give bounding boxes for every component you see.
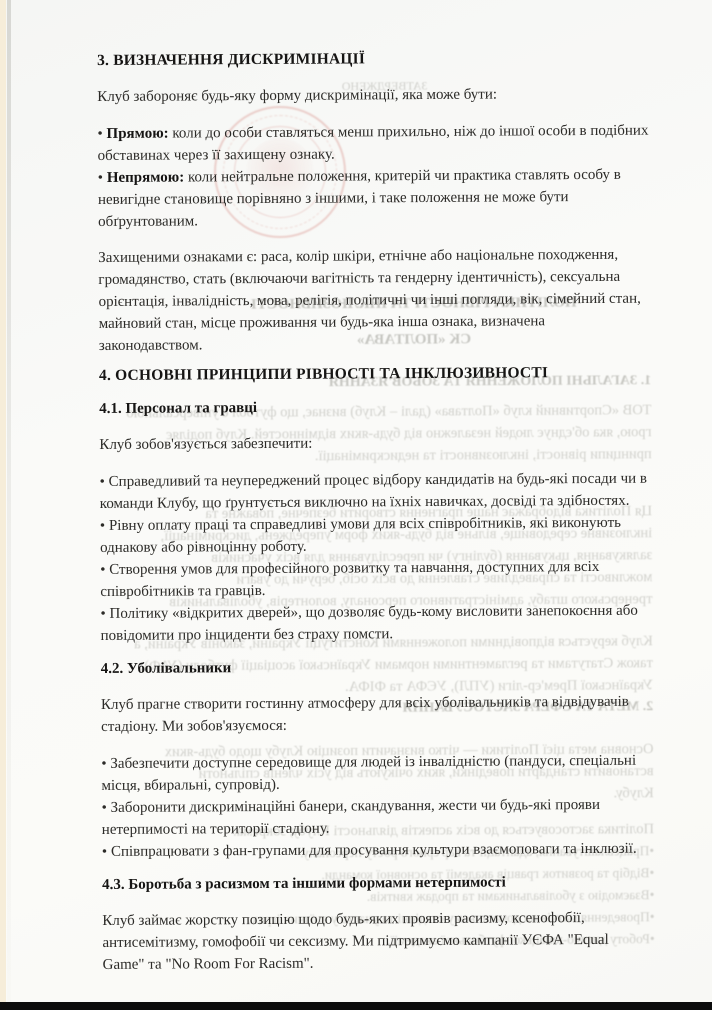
bullet-item: • Створення умов для професійного розвит… xyxy=(100,556,651,603)
paragraph: Клуб забороняє будь-яку форму дискриміна… xyxy=(97,83,648,108)
bullet-item: • Заборонити дискримінаційні банери, ска… xyxy=(102,794,653,841)
document-text-block: 3. ВИЗНАЧЕННЯ ДИСКРИМІНАЦІЇКлуб забороня… xyxy=(97,47,654,976)
bullet-item: • Справедливий та неупереджений процес в… xyxy=(100,468,651,515)
scan-bottom-edge xyxy=(0,1002,712,1010)
bullet-list: • Прямою: коли до особи ставляться менш … xyxy=(97,120,649,233)
bullet-marker-icon: • xyxy=(100,518,105,534)
bullet-lead: Непрямою: xyxy=(107,169,185,185)
paragraph: Захищеними ознаками є: раса, колір шкіри… xyxy=(98,244,650,357)
bullet-marker-icon: • xyxy=(101,756,106,772)
paragraph: Клуб займає жорстку позицію щодо будь-як… xyxy=(102,907,653,976)
bullet-text: Рівну оплату праці та справедливі умови … xyxy=(100,515,621,556)
bullet-marker-icon: • xyxy=(100,562,105,578)
bullet-item: • Рівну оплату праці та справедливі умов… xyxy=(100,512,651,559)
bullet-text: Створення умов для професійного розвитку… xyxy=(100,559,599,600)
bullet-list: • Справедливий та неупереджений процес в… xyxy=(100,468,652,647)
bullet-item: • Співпрацювати з фан-групами для просув… xyxy=(102,838,653,863)
bullet-marker-icon: • xyxy=(102,800,107,816)
paragraph: Клуб прагне створити гостинну атмосферу … xyxy=(101,691,652,738)
bullet-marker-icon: • xyxy=(100,606,105,622)
bullet-text: Політику «відкритих дверей», що дозволяє… xyxy=(101,603,638,644)
bullet-marker-icon: • xyxy=(100,474,105,490)
bullet-item: • Політику «відкритих дверей», що дозвол… xyxy=(100,600,651,647)
bullet-text: Забезпечити доступне середовище для люде… xyxy=(101,753,636,794)
bullet-item: • Забезпечити доступне середовище для лю… xyxy=(101,750,652,797)
bullet-text: Справедливий та неупереджений процес від… xyxy=(100,471,647,512)
section-heading: 4. ОСНОВНІ ПРИНЦИПИ РІВНОСТІ ТА ІНКЛЮЗИВ… xyxy=(99,362,650,387)
bullet-lead: Прямою: xyxy=(106,126,168,142)
bullet-marker-icon: • xyxy=(97,126,102,142)
section-heading: 4.2. Уболівальники xyxy=(101,655,652,680)
bullet-item: • Прямою: коли до особи ставляться менш … xyxy=(97,120,648,167)
bullet-item: • Непрямою: коли нейтральне положення, к… xyxy=(98,164,649,233)
bullet-text: Заборонити дискримінаційні банери, сканд… xyxy=(102,797,600,838)
paragraph: Клуб зобов'язується забезпечити: xyxy=(99,431,650,456)
bullet-list: • Забезпечити доступне середовище для лю… xyxy=(101,750,653,863)
bullet-marker-icon: • xyxy=(98,170,103,186)
bullet-text: коли до особи ставляться менш прихильно,… xyxy=(98,123,649,164)
scanned-document-page: ЗАТВЕРДЖЕНОПОЛІТИКА РІВНОСТІ ТА ІНКЛЮЗИВ… xyxy=(0,0,712,1010)
section-heading: 4.1. Персонал та гравці xyxy=(99,395,650,420)
bullet-text: Співпрацювати з фан-групами для просуван… xyxy=(111,841,637,860)
section-heading: 3. ВИЗНАЧЕННЯ ДИСКРИМІНАЦІЇ xyxy=(97,47,648,72)
bullet-marker-icon: • xyxy=(102,844,107,860)
section-heading: 4.3. Боротьба з расизмом та іншими форма… xyxy=(102,871,653,896)
